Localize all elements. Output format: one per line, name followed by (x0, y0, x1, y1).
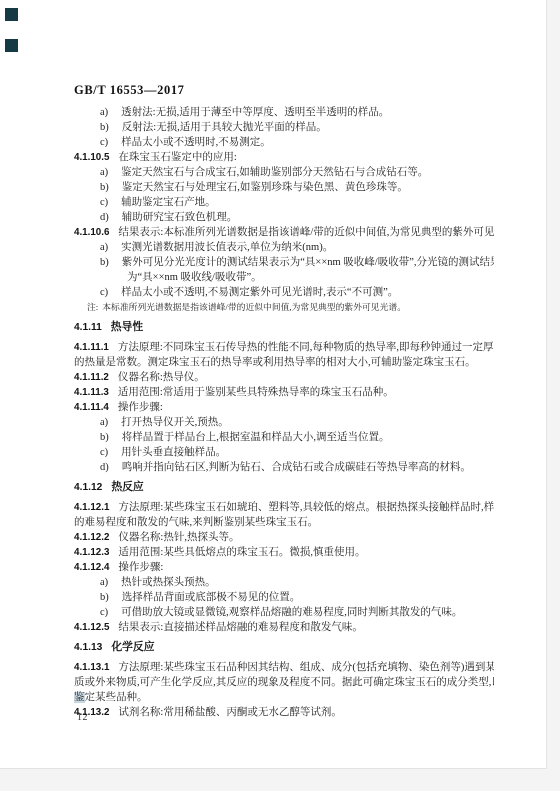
clause-line: 4.1.12.2仪器名称:热针,热探头等。 (74, 530, 494, 545)
continuation-text: 为“具××nm 吸收线/吸收带”。 (127, 272, 262, 283)
list-item-line: c)样品太小或不透明时,不易测定。 (74, 135, 494, 150)
heading-text: 热导性 (111, 321, 143, 333)
list-item-label: c) (100, 287, 108, 298)
heading-text: 热反应 (111, 481, 143, 493)
clause-number: 4.1.11.2 (74, 372, 109, 383)
clause-line: 4.1.12.3适用范围:某些具低熔点的珠宝玉石。微损,慎重使用。 (74, 545, 494, 560)
list-item-line: b)将样品置于样品台上,根据室温和样品大小,调至适当位置。 (74, 430, 494, 445)
clause-number: 4.1.10.6 (74, 227, 109, 238)
clause-line: 4.1.12.1方法原理:某些珠宝玉石如琥珀、塑料等,具较低的熔点。根据热探头接… (74, 500, 494, 515)
heading-text: 化学反应 (111, 641, 154, 653)
clause-text: 方法原理:某些珠宝玉石品种因其结构、组成、成分(包括充填物、染色剂等)遇到某些化… (118, 662, 494, 673)
clause-text: 操作步骤: (118, 562, 163, 573)
clause-continuation-line: 的难易程度和散发的气味,来判断鉴别某些珠宝玉石。 (74, 515, 494, 530)
list-item-text: 鸣响并指向钻石区,判断为钻石、合成钻石或合成碳硅石等热导率高的材料。 (122, 462, 471, 473)
list-item-line: d)鸣响并指向钻石区,判断为钻石、合成钻石或合成碳硅石等热导率高的材料。 (74, 460, 494, 475)
list-item-line: b)紫外可见分光光度计的测试结果表示为“具××nm 吸收峰/吸收带”,分光镜的测… (74, 255, 494, 270)
list-item-text: 紫外可见分光光度计的测试结果表示为“具××nm 吸收峰/吸收带”,分光镜的测试结… (122, 257, 494, 268)
list-item-label: b) (100, 122, 109, 133)
clause-text: 试剂名称:常用稀盐酸、丙酮或无水乙醇等试剂。 (118, 707, 341, 718)
list-item-text: 样品太小或不透明,不易测定紫外可见光谱时,表示“不可测”。 (121, 287, 398, 298)
continuation-text-rest: 定某些品种。 (85, 692, 148, 703)
clause-number: 4.1.11.3 (74, 387, 109, 398)
clause-text: 仪器名称:热针,热探头等。 (118, 532, 239, 543)
note-text: 本标准所列光谱数据是指该谱峰/带的近似中间值,为常见典型的紫外可见光谱。 (102, 302, 406, 312)
clause-text: 操作步骤: (118, 402, 163, 413)
clause-text: 仪器名称:热导仪。 (118, 372, 205, 383)
clause-number: 4.1.11.1 (74, 342, 109, 353)
clause-number: 4.1.12.4 (74, 562, 109, 573)
clause-text: 结果表示:直接描述样品熔融的难易程度和散发气味。 (118, 622, 362, 633)
list-item-text: 选择样品背面或底部极不易见的位置。 (122, 592, 301, 603)
list-item-text: 反射法:无损,适用于具较大抛光平面的样品。 (122, 122, 327, 133)
clause-number: 4.1.12.5 (74, 622, 109, 633)
list-item-line: a)实测光谱数据用波长值表示,单位为纳米(nm)。 (74, 240, 494, 255)
list-item-text: 透射法:无损,适用于薄至中等厚度、透明至半透明的样品。 (121, 107, 389, 118)
list-item-text: 打开热导仪开关,预热。 (121, 417, 229, 428)
clause-continuation-line: 鉴定某些品种。 (74, 690, 494, 705)
clause-text: 方法原理:某些珠宝玉石如琥珀、塑料等,具较低的熔点。根据热探头接触样品时,样品熔… (118, 502, 494, 513)
list-item-label: a) (100, 107, 108, 118)
list-item-label: b) (100, 182, 109, 193)
note-label: 注: (87, 302, 98, 312)
list-item-text: 样品太小或不透明时,不易测定。 (121, 137, 271, 148)
clause-number: 4.1.12.1 (74, 502, 109, 513)
section-heading: 4.1.13化学反应 (74, 640, 494, 655)
clause-line: 4.1.13.2试剂名称:常用稀盐酸、丙酮或无水乙醇等试剂。 (74, 705, 494, 720)
list-item-line: a)打开热导仪开关,预热。 (74, 415, 494, 430)
clause-number: 4.1.11.4 (74, 402, 109, 413)
list-item-text: 鉴定天然宝石与处理宝石,如鉴别珍珠与染色黑、黄色珍珠等。 (122, 182, 408, 193)
corner-registration-mark (5, 39, 18, 52)
list-item-text: 鉴定天然宝石与合成宝石,如辅助鉴别部分天然钻石与合成钻石等。 (121, 167, 428, 178)
section-heading: 4.1.12热反应 (74, 480, 494, 495)
continuation-text: 的难易程度和散发的气味,来判断鉴别某些珠宝玉石。 (74, 517, 318, 528)
clause-number: 4.1.12 (74, 482, 102, 493)
clause-text: 在珠宝玉石鉴定中的应用: (118, 152, 236, 163)
list-item-line: b)反射法:无损,适用于具较大抛光平面的样品。 (74, 120, 494, 135)
list-item-line: a)热针或热探头预热。 (74, 575, 494, 590)
list-item-line: b)选择样品背面或底部极不易见的位置。 (74, 590, 494, 605)
clause-continuation-line: 的热量是常数。测定珠宝玉石的热导率或利用热导率的相对大小,可辅助鉴定珠宝玉石。 (74, 355, 494, 370)
list-item-line: b)鉴定天然宝石与处理宝石,如鉴别珍珠与染色黑、黄色珍珠等。 (74, 180, 494, 195)
list-item-line: c)样品太小或不透明,不易测定紫外可见光谱时,表示“不可测”。 (74, 285, 494, 300)
list-item-label: a) (100, 167, 108, 178)
list-item-label: a) (100, 242, 108, 253)
clause-text: 方法原理:不同珠宝玉石传导热的性能不同,每种物质的热导率,即每秒钟通过一定厚度物… (118, 342, 494, 353)
list-item-text: 实测光谱数据用波长值表示,单位为纳米(nm)。 (121, 242, 333, 253)
clause-number: 4.1.10.5 (74, 152, 109, 163)
list-item-text: 辅助鉴定宝石产地。 (121, 197, 216, 208)
clause-text: 适用范围:常适用于鉴别某些具特殊热导率的珠宝玉石品种。 (118, 387, 394, 398)
list-item-label: b) (100, 257, 109, 268)
list-item-text: 将样品置于样品台上,根据室温和样品大小,调至适当位置。 (122, 432, 390, 443)
clause-number: 4.1.12.2 (74, 532, 109, 543)
list-item-label: c) (100, 447, 108, 458)
list-item-label: b) (100, 592, 109, 603)
list-item-label: b) (100, 432, 109, 443)
list-item-label: c) (100, 197, 108, 208)
section-heading: 4.1.11热导性 (74, 320, 494, 335)
list-item-label: c) (100, 137, 108, 148)
clause-line: 4.1.13.1方法原理:某些珠宝玉石品种因其结构、组成、成分(包括充填物、染色… (74, 660, 494, 675)
list-item-label: c) (100, 607, 108, 618)
list-item-line: c)用针头垂直接触样品。 (74, 445, 494, 460)
continuation-text: 质或外来物质,可产生化学反应,其反应的现象及程度不同。据此可确定珠宝玉石的成分类… (74, 677, 494, 688)
standard-number-header: GB/T 16553—2017 (74, 83, 185, 98)
clause-text: 结果表示:本标准所列光谱数据是指该谱峰/带的近似中间值,为常见典型的紫外可见光谱… (118, 227, 494, 238)
list-item-label: a) (100, 417, 108, 428)
clause-number: 4.1.13.1 (74, 662, 109, 673)
note-line: 注:本标准所列光谱数据是指该谱峰/带的近似中间值,为常见典型的紫外可见光谱。 (74, 300, 494, 315)
document-body: a)透射法:无损,适用于薄至中等厚度、透明至半透明的样品。b)反射法:无损,适用… (74, 99, 494, 720)
page-number: 12 (77, 712, 88, 723)
clause-line: 4.1.12.4操作步骤: (74, 560, 494, 575)
clause-number: 4.1.13 (74, 642, 102, 653)
list-item-line: a)透射法:无损,适用于薄至中等厚度、透明至半透明的样品。 (74, 105, 494, 120)
list-item-line: a)鉴定天然宝石与合成宝石,如辅助鉴别部分天然钻石与合成钻石等。 (74, 165, 494, 180)
clause-number: 4.1.11 (74, 322, 102, 333)
clause-line: 4.1.11.2仪器名称:热导仪。 (74, 370, 494, 385)
clause-line: 4.1.10.6结果表示:本标准所列光谱数据是指该谱峰/带的近似中间值,为常见典… (74, 225, 494, 240)
list-item-label: a) (100, 577, 108, 588)
list-item-text: 热针或热探头预热。 (121, 577, 216, 588)
list-item-label: d) (100, 212, 109, 223)
continuation-text: 的热量是常数。测定珠宝玉石的热导率或利用热导率的相对大小,可辅助鉴定珠宝玉石。 (74, 357, 476, 368)
list-item-label: d) (100, 462, 109, 473)
clause-continuation-line: 质或外来物质,可产生化学反应,其反应的现象及程度不同。据此可确定珠宝玉石的成分类… (74, 675, 494, 690)
list-item-text: 用针头垂直接触样品。 (121, 447, 226, 458)
clause-number: 4.1.12.3 (74, 547, 109, 558)
highlighted-character: 鉴 (74, 692, 85, 703)
clause-line: 4.1.12.5结果表示:直接描述样品熔融的难易程度和散发气味。 (74, 620, 494, 635)
clause-line: 4.1.11.3适用范围:常适用于鉴别某些具特殊热导率的珠宝玉石品种。 (74, 385, 494, 400)
list-item-text: 可借助放大镜或显微镜,观察样品熔融的难易程度,同时判断其散发的气味。 (121, 607, 462, 618)
clause-line: 4.1.10.5在珠宝玉石鉴定中的应用: (74, 150, 494, 165)
continuation-text: 鉴定某些品种。 (74, 692, 148, 703)
list-continuation-line: 为“具××nm 吸收线/吸收带”。 (74, 270, 494, 285)
document-page: GB/T 16553—2017 a)透射法:无损,适用于薄至中等厚度、透明至半透… (0, 0, 547, 769)
clause-text: 适用范围:某些具低熔点的珠宝玉石。微损,慎重使用。 (118, 547, 365, 558)
list-item-line: c)可借助放大镜或显微镜,观察样品熔融的难易程度,同时判断其散发的气味。 (74, 605, 494, 620)
list-item-line: c)辅助鉴定宝石产地。 (74, 195, 494, 210)
corner-registration-mark (5, 8, 18, 21)
list-item-line: d)辅助研究宝石致色机理。 (74, 210, 494, 225)
list-item-text: 辅助研究宝石致色机理。 (122, 212, 238, 223)
clause-line: 4.1.11.1方法原理:不同珠宝玉石传导热的性能不同,每种物质的热导率,即每秒… (74, 340, 494, 355)
clause-line: 4.1.11.4操作步骤: (74, 400, 494, 415)
